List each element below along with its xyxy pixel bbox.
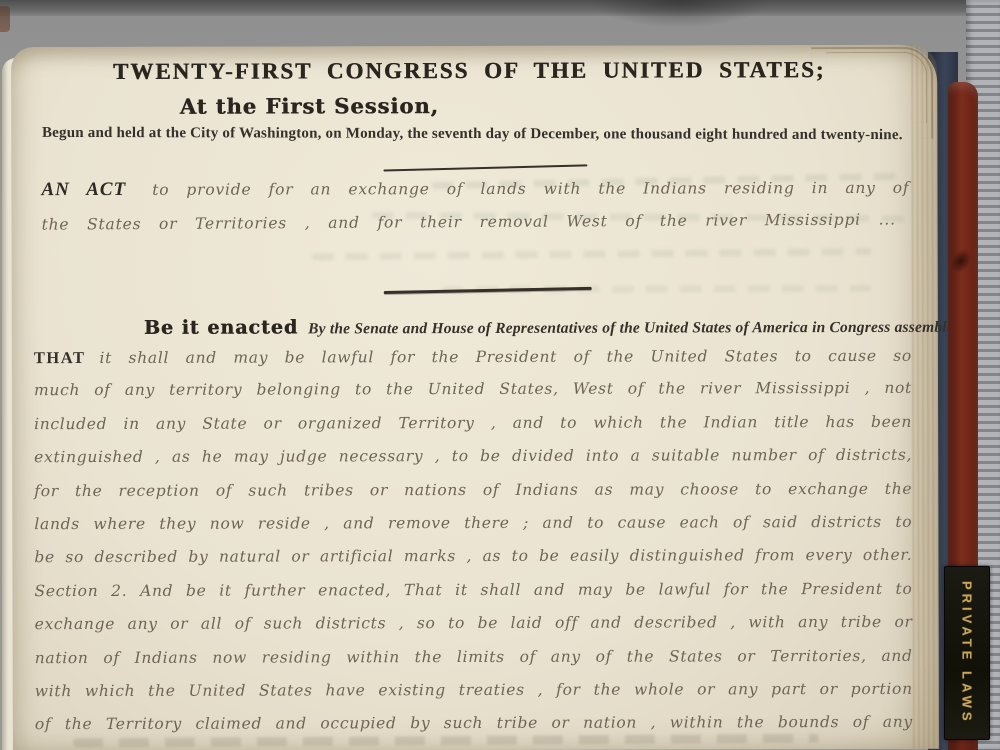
divider-rule-bottom (384, 287, 592, 294)
act-title-line-1: AN ACTto provide for an exchange of land… (41, 172, 909, 206)
body-line: with which the United States have existi… (35, 673, 913, 709)
backdrop-top-shadow (0, 0, 1000, 16)
body-line: THATit shall and may be lawful for the P… (34, 339, 912, 375)
body-line: nation of Indians now residing within th… (35, 639, 913, 675)
body-line: exchange any or all of such districts , … (35, 606, 913, 642)
backdrop-fold-shadow (590, 0, 770, 28)
document-page: TWENTY-FIRST CONGRESS OF THE UNITED STAT… (11, 45, 939, 750)
divider-rule-top (383, 164, 587, 171)
convened-line: Begun and held at the City of Washington… (11, 125, 933, 144)
enacting-rest: By the Senate and House of Representativ… (308, 319, 966, 338)
act-label: AN ACT (41, 179, 126, 200)
act-title-block: AN ACTto provide for an exchange of land… (41, 172, 909, 240)
body-line: Section 2. And be it further enacted, Th… (34, 573, 912, 609)
page-gutter-edge (911, 45, 939, 749)
enacting-lead: Be it enacted (144, 316, 298, 338)
act-title-line-2: the States or Territories , and for thei… (41, 202, 909, 241)
congress-heading: TWENTY-FIRST CONGRESS OF THE UNITED STAT… (11, 57, 927, 85)
handwritten-body: THATit shall and may be lawful for the P… (34, 339, 913, 742)
enacting-clause: Be it enactedBy the Senate and House of … (36, 313, 934, 341)
session-heading: At the First Session, (11, 93, 607, 120)
photo-of-bound-statute-volume: TWENTY-FIRST CONGRESS OF THE UNITED STAT… (0, 0, 1000, 750)
body-line: much of any territory belonging to the U… (34, 372, 912, 408)
spine-label: PRIVATE LAWS (944, 566, 990, 740)
left-edge-debris (0, 6, 10, 32)
body-line: included in any State or organized Terri… (34, 406, 912, 442)
body-line-text: it shall and may be lawful for the Presi… (99, 347, 911, 367)
bleedthrough-ghost (312, 248, 872, 260)
body-line: extinguished , as he may judge necessary… (34, 439, 912, 475)
spine-label-text: PRIVATE LAWS (960, 581, 975, 725)
act-title-text-1: to provide for an exchange of lands with… (152, 179, 909, 199)
body-line: for the reception of such tribes or nati… (34, 472, 912, 508)
body-line: be so described by natural or artificial… (34, 539, 912, 575)
body-lead-word: THAT (34, 348, 86, 367)
body-line: lands where they now reside , and remove… (34, 506, 912, 542)
